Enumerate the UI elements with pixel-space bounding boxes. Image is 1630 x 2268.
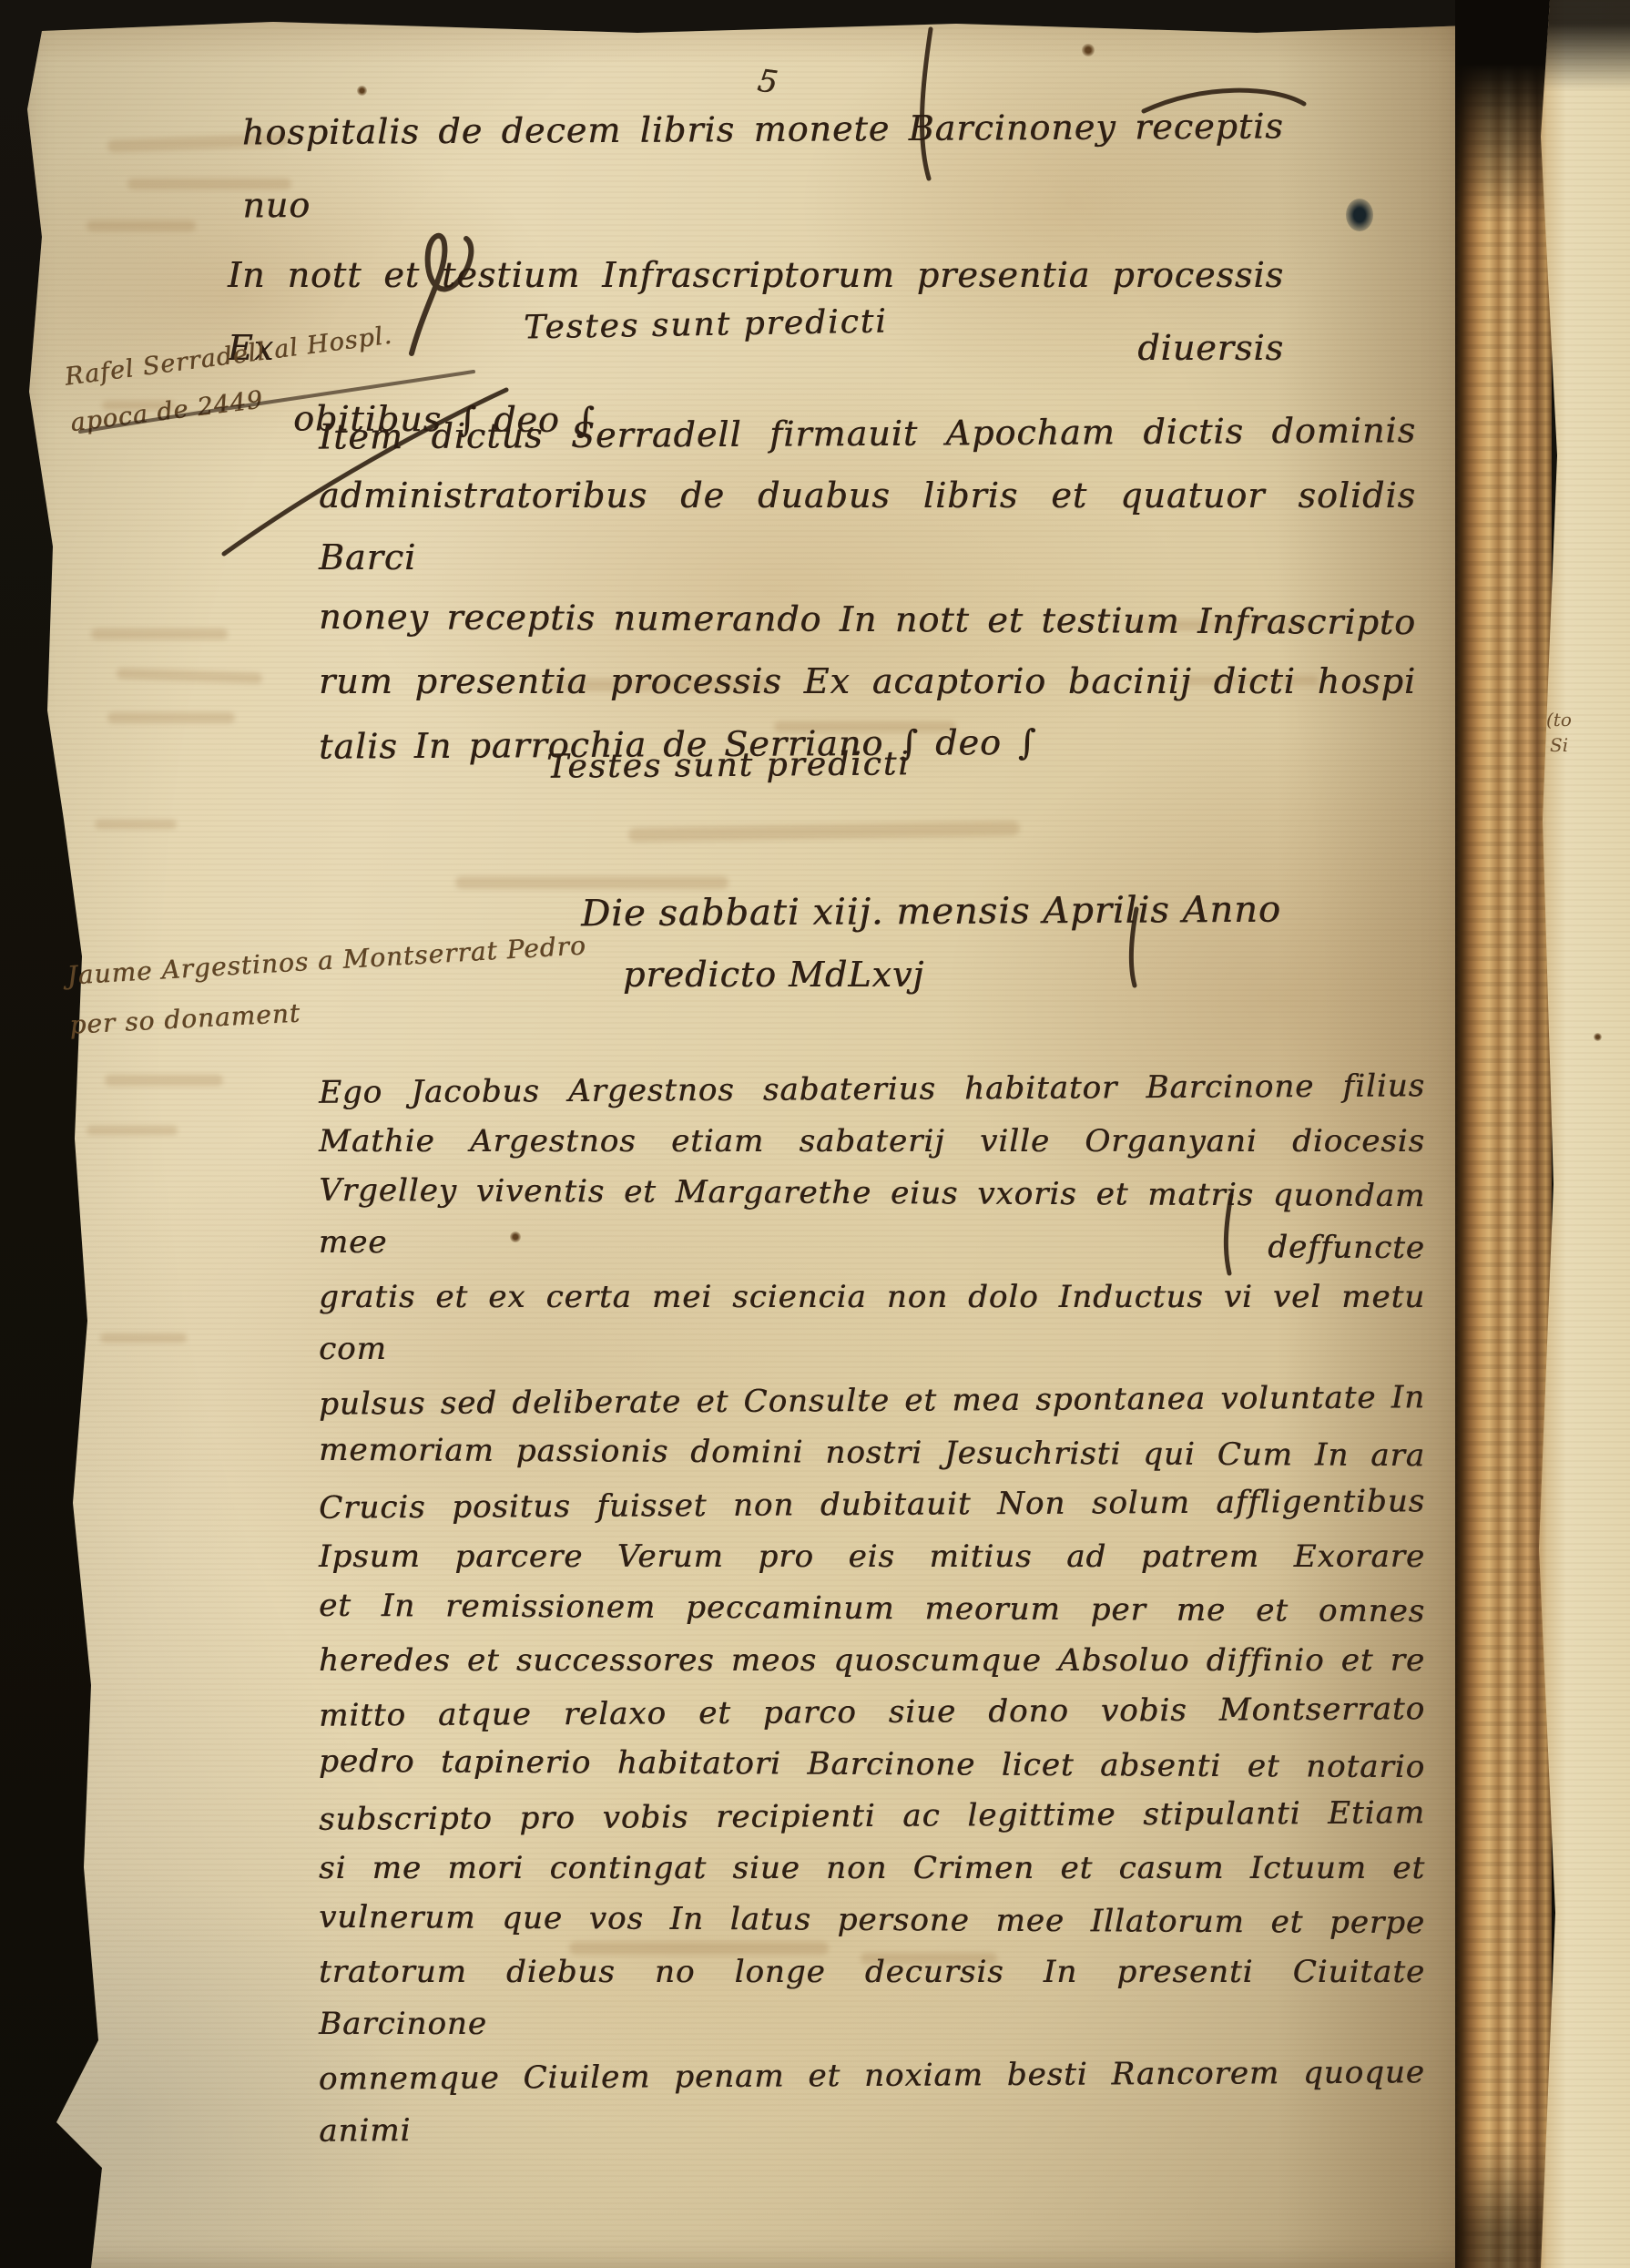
date-line: Die sabbati xiij. mensis Aprilis Anno xyxy=(581,889,1281,935)
manuscript-line: rum presentia processis Ex acaptorio bac… xyxy=(319,650,1416,712)
manuscript-line: subscripto pro vobis recipienti ac legit… xyxy=(319,1787,1425,1845)
manuscript-line: et In remissionem peccaminum meorum per … xyxy=(319,1580,1425,1638)
manuscript-line: Ego Jacobus Argestnos sabaterius habitat… xyxy=(319,1060,1425,1119)
date-line: predicto MdLxvj xyxy=(581,955,1281,995)
manuscript-line: administratoribus de duabus libris et qu… xyxy=(319,465,1416,588)
stain-dot xyxy=(1594,1033,1602,1041)
page-stack-fore-edge xyxy=(1455,0,1552,2268)
manuscript-line: Item dictus Serradell firmauit Apocham d… xyxy=(319,399,1416,467)
manuscript-line: gratis et ex certa mei sciencia non dolo… xyxy=(319,1272,1425,1375)
manuscript-line: heredes et successores meos quoscumque A… xyxy=(319,1635,1425,1687)
manuscript-line: si me mori contingat siue non Crimen et … xyxy=(319,1843,1425,1895)
bleed-through-mark xyxy=(455,876,728,889)
adjacent-page-text-fragment: (to xyxy=(1546,709,1572,730)
bleed-through-mark xyxy=(91,628,228,639)
manuscript-scan: 5 hospitalis de decem libris monete Barc… xyxy=(0,0,1630,2268)
stain-dot xyxy=(1082,44,1095,56)
manuscript-line: Crucis positus fuisset non dubitauit Non… xyxy=(319,1476,1425,1534)
adjacent-page-text-fragment: Si xyxy=(1550,734,1568,756)
manuscript-line: mitto atque relaxo et parco siue dono vo… xyxy=(319,1683,1425,1742)
manuscript-line: tratorum diebus no longe decursis In pre… xyxy=(319,1946,1425,2050)
entry3-paragraph: Ego Jacobus Argestnos sabaterius habitat… xyxy=(319,1064,1425,2154)
bleed-through-mark xyxy=(87,220,196,231)
bleed-through-mark xyxy=(107,712,235,723)
manuscript-line: memoriam passionis domini nostri Jesuchr… xyxy=(319,1425,1425,1482)
entry3-date: Die sabbati xiij. mensis Aprilis Anno pr… xyxy=(581,891,1281,995)
bleed-through-mark xyxy=(95,820,177,829)
manuscript-line: Vrgelley viventis et Margarethe eius vxo… xyxy=(319,1165,1426,1274)
manuscript-line: pedro tapinerio habitatori Barcinone lic… xyxy=(319,1736,1425,1793)
manuscript-line: noney receptis numerando In nott et test… xyxy=(319,586,1416,653)
manuscript-line: omnemque Ciuilem penam et noxiam besti R… xyxy=(319,2047,1426,2157)
manuscript-line: Mathie Argestnos etiam sabaterij ville O… xyxy=(319,1116,1425,1168)
manuscript-line: Ipsum parcere Verum pro eis mitius ad pa… xyxy=(319,1531,1425,1583)
ink-blot xyxy=(1346,199,1373,231)
bleed-through-mark xyxy=(87,1126,178,1135)
bleed-through-mark xyxy=(105,1075,223,1086)
entry2-witness-line: Testes sunt predicti xyxy=(546,745,911,785)
entry1-witness-line: Testes sunt predicti xyxy=(524,303,888,347)
manuscript-line: pulsus sed deliberate et Consulte et mea… xyxy=(319,1372,1425,1430)
bleed-through-mark xyxy=(100,1333,187,1343)
manuscript-line: hospitalis de decem libris monete Barcin… xyxy=(228,89,1285,241)
entry2-paragraph: Item dictus Serradell firmauit Apocham d… xyxy=(319,403,1416,774)
manuscript-line: vulnerum que vos In latus persone mee Il… xyxy=(319,1892,1425,1949)
